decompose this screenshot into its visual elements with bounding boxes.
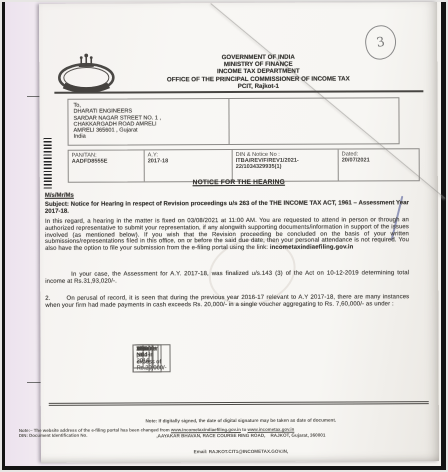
recipient-address: To, DHARATI ENGINEERS SARDAR NAGAR STREE…	[73, 102, 223, 140]
cash-payment-table: Sr. No. Voucher No. Date Amount paid in …	[132, 344, 330, 345]
addressee-salutation: M/s/Mr/Ms	[45, 193, 74, 199]
page-number-text: 3	[375, 34, 386, 50]
digital-signature-note: Note: If digitally signed, the date of d…	[61, 417, 421, 424]
address-box-divider	[228, 99, 229, 144]
letterhead: GOVERNMENT OF INDIA MINISTRY OF FINANCE …	[103, 53, 413, 90]
dated-value: 20/07/2021	[342, 157, 416, 164]
body-paragraph-2: In your case, the Assessment for A.Y. 20…	[45, 270, 409, 285]
new-portal-link: www.incometax.gov.in	[247, 427, 294, 432]
ay-value: 2017-18	[148, 158, 229, 165]
paragraph-text: On perusal of record, it is seen that du…	[45, 294, 409, 308]
letterhead-line: PCIT, Rajkot-1	[103, 82, 413, 91]
din-value: ITBA/REV/F/REV1/2021-22/1034329935(1)	[236, 158, 335, 171]
dated-cell: Dated: 20/07/2021	[339, 149, 419, 180]
body-paragraph-3: 2.On perusal of record, it is seen that …	[45, 294, 409, 309]
header-divider	[54, 90, 423, 94]
pan-label: PAN/TAN:	[72, 153, 97, 159]
paragraph-text: In this regard, a hearing in the matter …	[45, 217, 409, 252]
footer-divider	[49, 401, 429, 406]
bottom-notes: Note:– The website address of the e-fili…	[19, 426, 419, 438]
paragraph-number: 2.	[45, 296, 66, 302]
body-paragraph-1: In this regard, a hearing in the matter …	[45, 217, 409, 253]
efiling-link-text: incometaxindiaefiling.gov.in	[270, 245, 354, 251]
ay-label: A.Y:	[148, 152, 158, 158]
office-email: Email: RAJKOT.CIT1@INCOMETAX.GOV.IN,	[61, 449, 421, 456]
notice-title: NOTICE FOR THE HEARING	[40, 178, 438, 187]
dated-label: Dated:	[342, 151, 359, 157]
ay-cell: A.Y: 2017-18	[145, 150, 233, 181]
recipient-address-box: To, DHARATI ENGINEERS SARDAR NAGAR STREE…	[67, 97, 399, 145]
cell-amount: 25,000	[132, 344, 158, 368]
old-portal-link: www.incometaxindiaefiling.gov.in	[171, 427, 241, 432]
pan-value: AADFD8555E	[72, 159, 141, 166]
din-cell: DIN & Notice No : ITBA/REV/F/REV1/2021-2…	[233, 150, 339, 181]
subject-line: Subject: Notice for Hearing in respect o…	[45, 199, 409, 215]
scanned-document-photo: 3 GOVERNMENT OF INDIA MINISTRY OF FINANC…	[0, 0, 448, 472]
paragraph-text: In your case, the Assessment for A.Y. 20…	[45, 270, 409, 284]
notice-page: 3 GOVERNMENT OF INDIA MINISTRY OF FINANC…	[39, 2, 439, 463]
pan-cell: PAN/TAN: AADFD8555E	[69, 150, 145, 181]
